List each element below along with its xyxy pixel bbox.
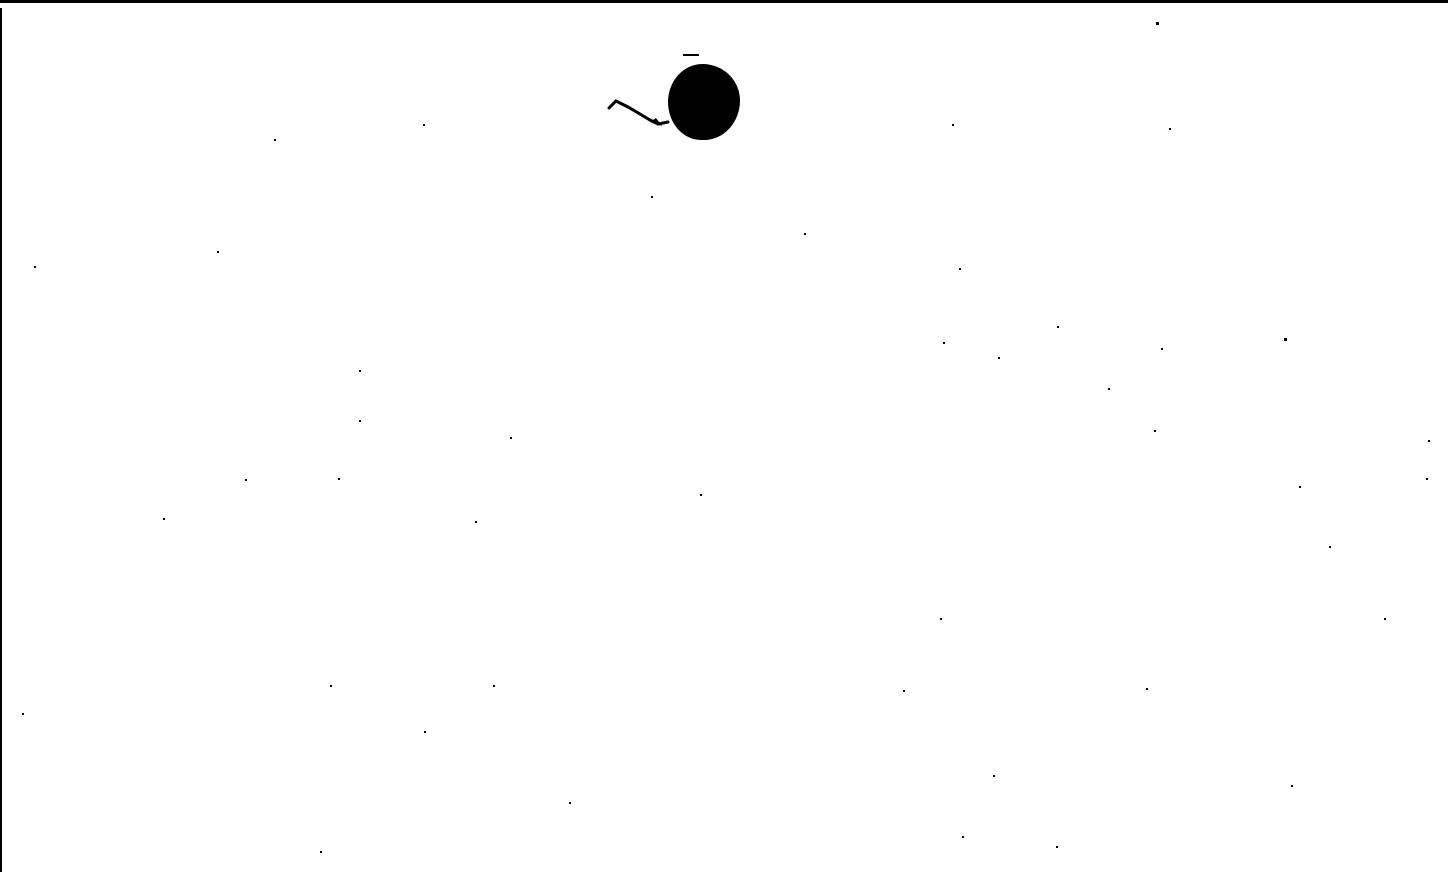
noise-speck (569, 802, 571, 804)
blank-canvas (0, 0, 1448, 872)
noise-speck (320, 851, 322, 853)
noise-speck (359, 370, 361, 372)
noise-speck (1056, 846, 1058, 848)
noise-speck (651, 196, 653, 198)
noise-speck (475, 521, 477, 523)
noise-speck (330, 685, 332, 687)
noise-speck (1426, 478, 1428, 480)
noise-speck (1329, 546, 1331, 548)
noise-speck (940, 618, 942, 620)
noise-speck (804, 233, 806, 235)
left-border (0, 8, 2, 872)
noise-speck (1108, 388, 1110, 390)
noise-speck (959, 268, 961, 270)
noise-speck (245, 479, 247, 481)
noise-speck (1156, 22, 1159, 25)
noise-speck (1169, 128, 1171, 130)
noise-speck (1057, 326, 1059, 328)
noise-speck (1161, 348, 1163, 350)
ink-blob (668, 64, 740, 140)
noise-speck (1284, 338, 1287, 341)
small-mark (683, 54, 699, 56)
noise-speck (217, 251, 219, 253)
noise-speck (1299, 486, 1301, 488)
squiggle-mark (606, 94, 676, 130)
noise-speck (493, 685, 495, 687)
noise-speck (998, 357, 1000, 359)
noise-speck (424, 731, 426, 733)
top-border (0, 0, 1448, 3)
noise-speck (274, 139, 276, 141)
noise-speck (359, 420, 361, 422)
noise-speck (22, 713, 24, 715)
noise-speck (163, 518, 165, 520)
noise-speck (903, 690, 905, 692)
noise-speck (1428, 440, 1430, 442)
noise-speck (952, 124, 954, 126)
noise-speck (962, 836, 964, 838)
noise-speck (1291, 785, 1293, 787)
noise-speck (34, 266, 36, 268)
noise-speck (510, 437, 512, 439)
noise-speck (943, 342, 945, 344)
noise-speck (993, 775, 995, 777)
noise-speck (338, 478, 340, 480)
noise-speck (1146, 688, 1148, 690)
noise-speck (423, 124, 425, 126)
noise-speck (1384, 618, 1386, 620)
noise-speck (1154, 430, 1156, 432)
noise-speck (700, 494, 702, 496)
